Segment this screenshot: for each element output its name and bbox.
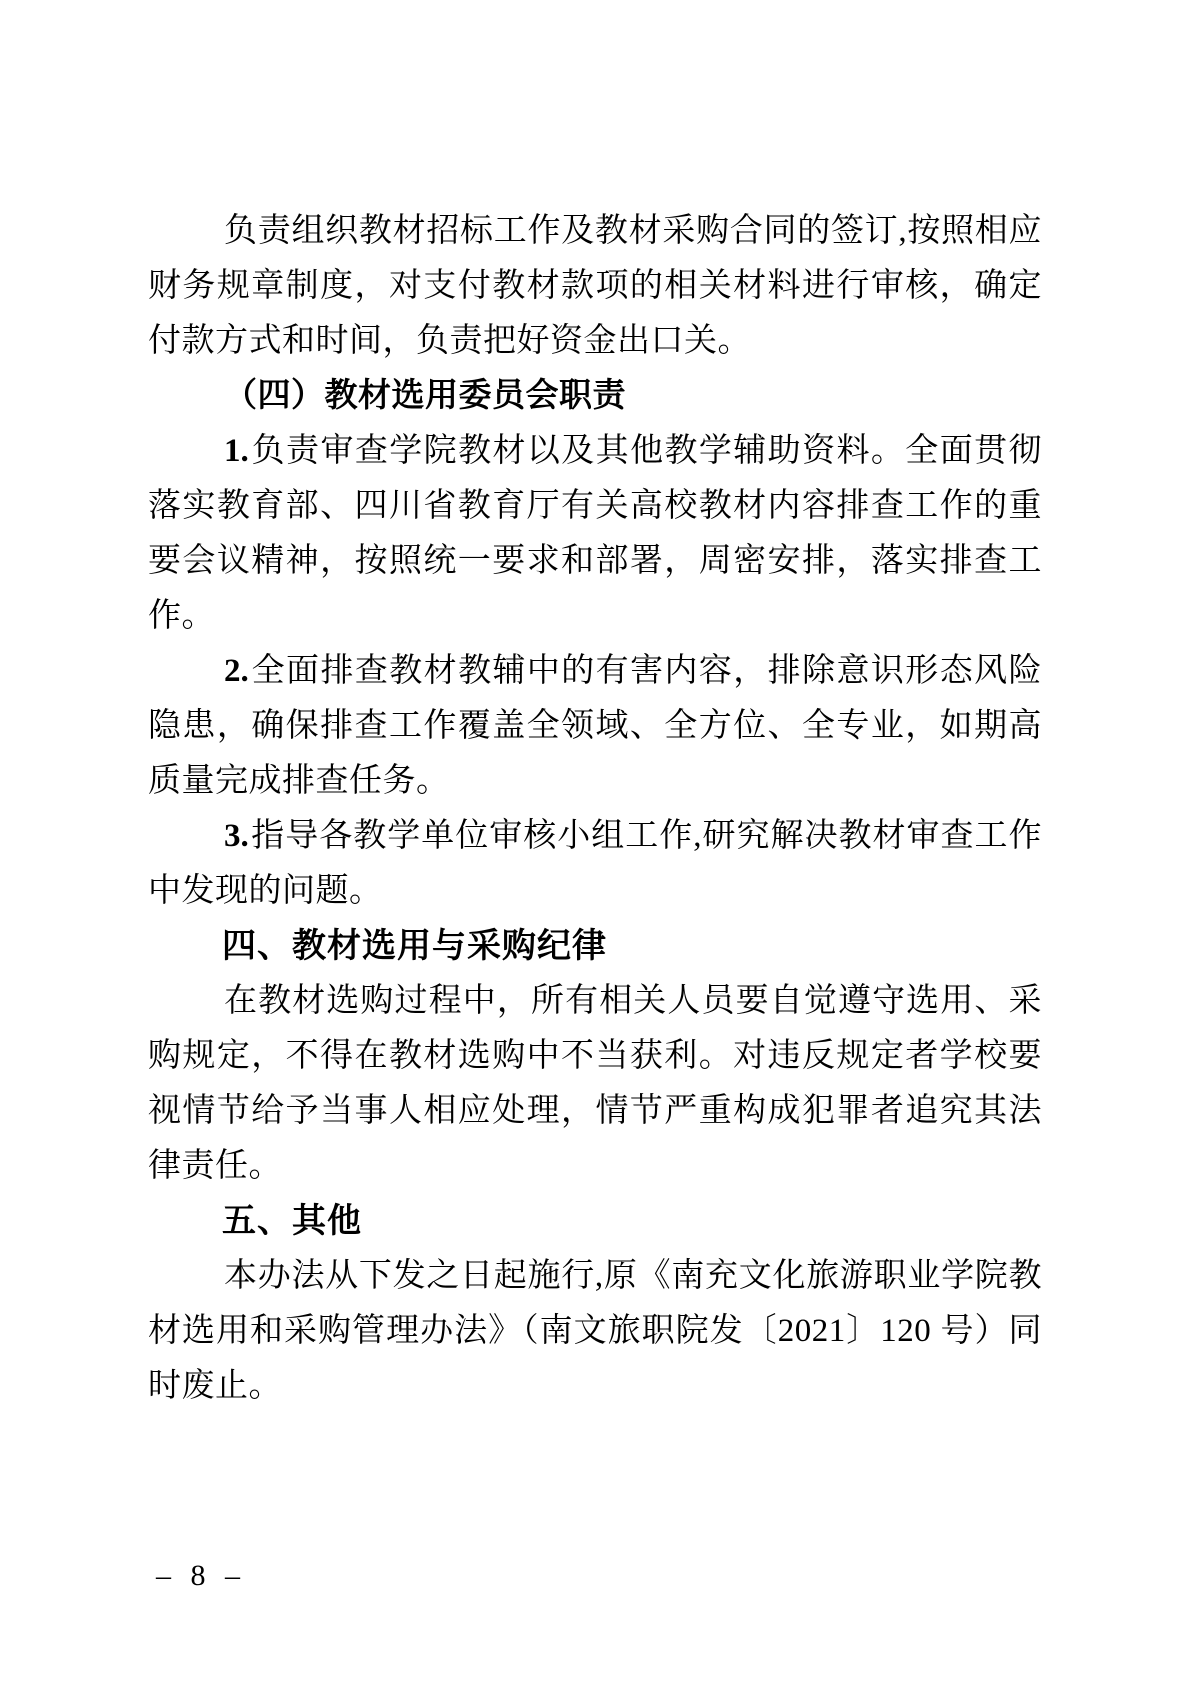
- paragraph-text: 本办法从下发之日起施行,原《南充文化旅游职业学院教材选用和采购管理办法》（南文旅…: [148, 1258, 1042, 1404]
- paragraph-discipline: 在教材选购过程中，所有相关人员要自觉遵守选用、采购规定，不得在教材选购中不当获利…: [148, 974, 1042, 1194]
- paragraph-text: 在教材选购过程中，所有相关人员要自觉遵守选用、采购规定，不得在教材选购中不当获利…: [148, 983, 1042, 1184]
- paragraph-item-1: 1.负责审查学院教材以及其他教学辅助资料。全面贯彻落实教育部、四川省教育厅有关高…: [148, 424, 1042, 644]
- paragraph-item-2: 2.全面排查教材教辅中的有害内容，排除意识形态风险隐患，确保排查工作覆盖全领域、…: [148, 644, 1042, 809]
- paragraph-text: 负责组织教材招标工作及教材采购合同的签订,按照相应财务规章制度，对支付教材款项的…: [148, 213, 1042, 359]
- item-number: 2.: [224, 653, 251, 689]
- document-page: 负责组织教材招标工作及教材采购合同的签订,按照相应财务规章制度，对支付教材款项的…: [0, 0, 1190, 1683]
- paragraph-effective-date: 本办法从下发之日起施行,原《南充文化旅游职业学院教材选用和采购管理办法》（南文旅…: [148, 1249, 1042, 1414]
- paragraph-finance-duty: 负责组织教材招标工作及教材采购合同的签订,按照相应财务规章制度，对支付教材款项的…: [148, 204, 1042, 369]
- paragraph-text: 全面排查教材教辅中的有害内容，排除意识形态风险隐患，确保排查工作覆盖全领域、全方…: [148, 653, 1042, 799]
- heading-section-4-discipline: 四、教材选用与采购纪律: [148, 919, 1042, 974]
- page-number: – 8 –: [156, 1556, 246, 1596]
- paragraph-text: 指导各教学单位审核小组工作,研究解决教材审查工作中发现的问题。: [148, 818, 1042, 909]
- document-body: 负责组织教材招标工作及教材采购合同的签订,按照相应财务规章制度，对支付教材款项的…: [148, 204, 1042, 1414]
- heading-section-5-other: 五、其他: [148, 1194, 1042, 1249]
- subheading-selection-committee-duties: （四）教材选用委员会职责: [148, 369, 1042, 424]
- item-number: 3.: [224, 818, 251, 854]
- paragraph-item-3: 3.指导各教学单位审核小组工作,研究解决教材审查工作中发现的问题。: [148, 809, 1042, 919]
- paragraph-text: 负责审查学院教材以及其他教学辅助资料。全面贯彻落实教育部、四川省教育厅有关高校教…: [148, 433, 1042, 634]
- item-number: 1.: [224, 433, 251, 469]
